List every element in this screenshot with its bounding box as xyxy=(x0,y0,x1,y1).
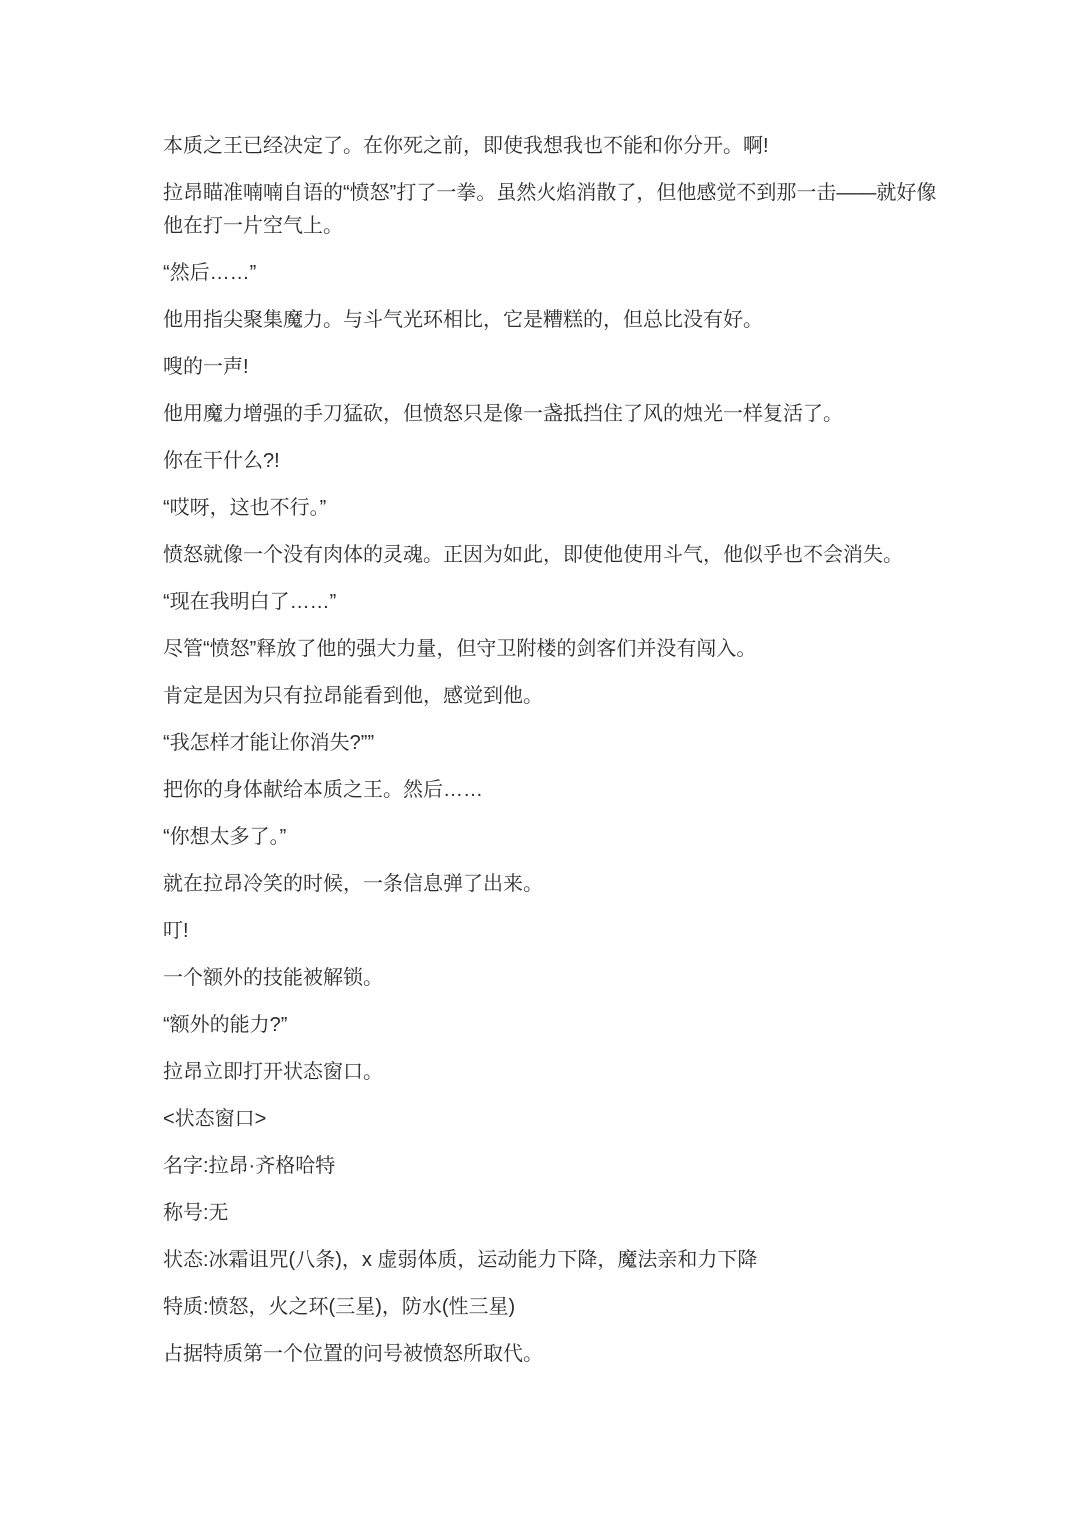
paragraph: 你在干什么?! xyxy=(163,445,949,478)
paragraph: 状态:冰霜诅咒(八条)，x 虚弱体质，运动能力下降，魔法亲和力下降 xyxy=(163,1244,949,1277)
paragraph: 叮! xyxy=(163,915,949,948)
paragraph: 拉昂瞄准喃喃自语的“愤怒”打了一拳。虽然火焰消散了，但他感觉不到那一击——就好像… xyxy=(163,177,949,243)
paragraph: 把你的身体献给本质之王。然后…… xyxy=(163,774,949,807)
paragraph: 拉昂立即打开状态窗口。 xyxy=(163,1056,949,1089)
paragraph: 尽管“愤怒”释放了他的强大力量，但守卫附楼的剑客们并没有闯入。 xyxy=(163,633,949,666)
novel-text-content: 本质之王已经决定了。在你死之前，即使我想我也不能和你分开。啊!拉昂瞄准喃喃自语的… xyxy=(163,130,949,1385)
paragraph: 名字:拉昂·齐格哈特 xyxy=(163,1150,949,1183)
paragraph: “然后……” xyxy=(163,257,949,290)
paragraph: <状态窗口> xyxy=(163,1103,949,1136)
paragraph: 他用魔力增强的手刀猛砍，但愤怒只是像一盏抵挡住了风的烛光一样复活了。 xyxy=(163,398,949,431)
paragraph: 愤怒就像一个没有肉体的灵魂。正因为如此，即使他使用斗气，他似乎也不会消失。 xyxy=(163,539,949,572)
paragraph: “现在我明白了……” xyxy=(163,586,949,619)
paragraph: 称号:无 xyxy=(163,1197,949,1230)
document-page: 本质之王已经决定了。在你死之前，即使我想我也不能和你分开。啊!拉昂瞄准喃喃自语的… xyxy=(0,0,1074,1519)
paragraph: “你想太多了。” xyxy=(163,821,949,854)
paragraph: 肯定是因为只有拉昂能看到他，感觉到他。 xyxy=(163,680,949,713)
paragraph: 他用指尖聚集魔力。与斗气光环相比，它是糟糕的，但总比没有好。 xyxy=(163,304,949,337)
paragraph: “额外的能力?” xyxy=(163,1009,949,1042)
paragraph: “我怎样才能让你消失?”” xyxy=(163,727,949,760)
paragraph: 嗖的一声! xyxy=(163,351,949,384)
paragraph: 占据特质第一个位置的问号被愤怒所取代。 xyxy=(163,1338,949,1371)
paragraph: “哎呀，这也不行。” xyxy=(163,492,949,525)
paragraph: 就在拉昂冷笑的时候，一条信息弹了出来。 xyxy=(163,868,949,901)
paragraph: 特质:愤怒，火之环(三星)，防水(性三星) xyxy=(163,1291,949,1324)
paragraph: 本质之王已经决定了。在你死之前，即使我想我也不能和你分开。啊! xyxy=(163,130,949,163)
paragraph: 一个额外的技能被解锁。 xyxy=(163,962,949,995)
